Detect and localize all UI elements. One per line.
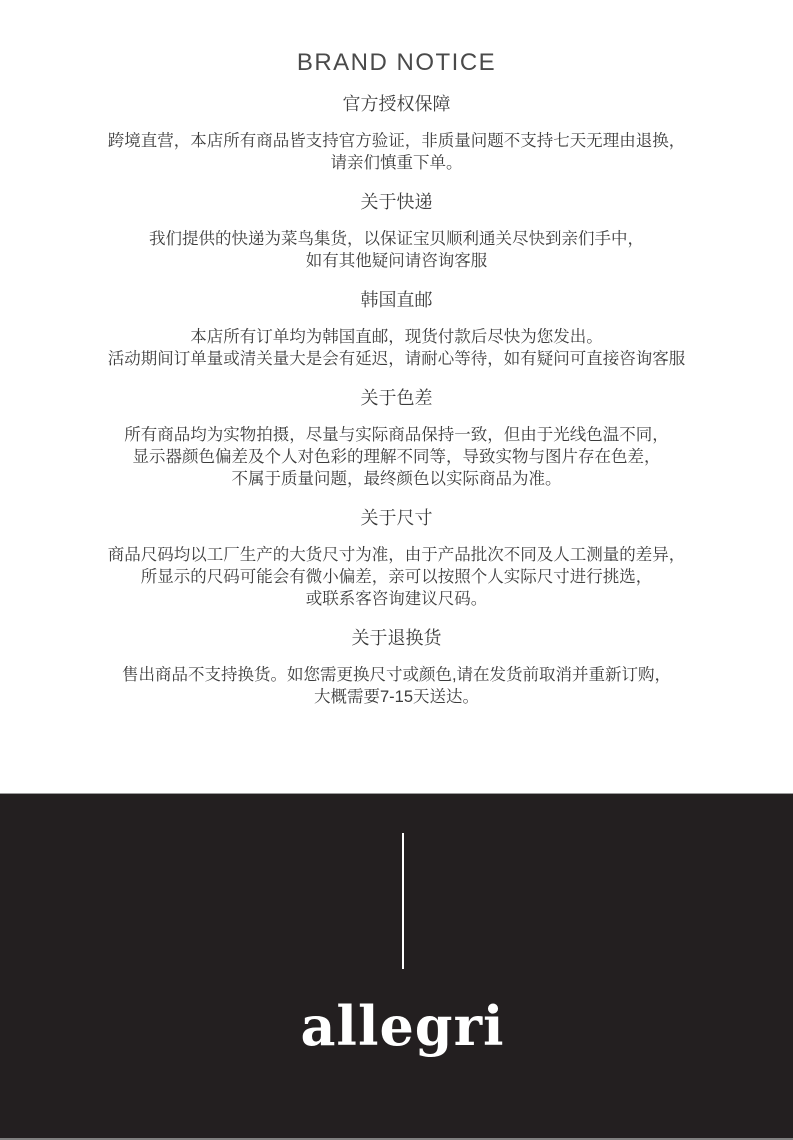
brand-footer: allegri	[0, 793, 793, 1140]
brand-notice-panel: BRAND NOTICE 官方授权保障 跨境直营，本店所有商品皆支持官方验证，非…	[0, 0, 793, 708]
notice-text-line: 售出商品不支持换货。如您需更换尺寸或颜色,请在发货前取消并重新订购，	[0, 664, 793, 686]
notice-text-line: 或联系客咨询建议尺码。	[0, 588, 793, 610]
notice-text-line: 所有商品均为实物拍摄，尽量与实际商品保持一致，但由于光线色温不同，	[0, 424, 793, 446]
notice-text-line: 商品尺码均以工厂生产的大货尺寸为准，由于产品批次不同及人工测量的差异，	[0, 544, 793, 566]
section-returns-exchanges: 关于退换货 售出商品不支持换货。如您需更换尺寸或颜色,请在发货前取消并重新订购，…	[0, 628, 793, 708]
notice-text-line: 活动期间订单量或清关量大是会有延迟，请耐心等待，如有疑问可直接咨询客服	[0, 348, 793, 370]
section-heading: 关于退换货	[0, 628, 793, 648]
notice-text-line: 请亲们慎重下单。	[0, 152, 793, 174]
section-official-authorization: 官方授权保障 跨境直营，本店所有商品皆支持官方验证，非质量问题不支持七天无理由退…	[0, 94, 793, 174]
notice-text-line: 跨境直营，本店所有商品皆支持官方验证，非质量问题不支持七天无理由退换，	[0, 130, 793, 152]
section-korea-direct-mail: 韩国直邮 本店所有订单均为韩国直邮，现货付款后尽快为您发出。 活动期间订单量或清…	[0, 290, 793, 370]
page-title: BRAND NOTICE	[0, 50, 793, 76]
section-heading: 韩国直邮	[0, 290, 793, 310]
notice-text-line: 大概需要7-15天送达。	[0, 686, 793, 708]
notice-text-line: 显示器颜色偏差及个人对色彩的理解不同等，导致实物与图片存在色差，	[0, 446, 793, 468]
section-color-difference: 关于色差 所有商品均为实物拍摄，尽量与实际商品保持一致，但由于光线色温不同， 显…	[0, 388, 793, 490]
section-shipping: 关于快递 我们提供的快递为菜鸟集货，以保证宝贝顺利通关尽快到亲们手中， 如有其他…	[0, 192, 793, 272]
notice-text-line: 所显示的尺码可能会有微小偏差，亲可以按照个人实际尺寸进行挑选，	[0, 566, 793, 588]
section-heading: 关于色差	[0, 388, 793, 408]
section-sizing: 关于尺寸 商品尺码均以工厂生产的大货尺寸为准，由于产品批次不同及人工测量的差异，…	[0, 508, 793, 610]
section-heading: 关于尺寸	[0, 508, 793, 528]
notice-text-line: 我们提供的快递为菜鸟集货，以保证宝贝顺利通关尽快到亲们手中，	[0, 228, 793, 250]
notice-text-line: 本店所有订单均为韩国直邮，现货付款后尽快为您发出。	[0, 326, 793, 348]
section-heading: 关于快递	[0, 192, 793, 212]
notice-text-line: 不属于质量问题，最终颜色以实际商品为准。	[0, 468, 793, 490]
notice-text-line: 如有其他疑问请咨询客服	[0, 250, 793, 272]
vertical-divider-line	[402, 833, 404, 969]
section-heading: 官方授权保障	[0, 94, 793, 114]
brand-logo: allegri	[6, 994, 793, 1058]
